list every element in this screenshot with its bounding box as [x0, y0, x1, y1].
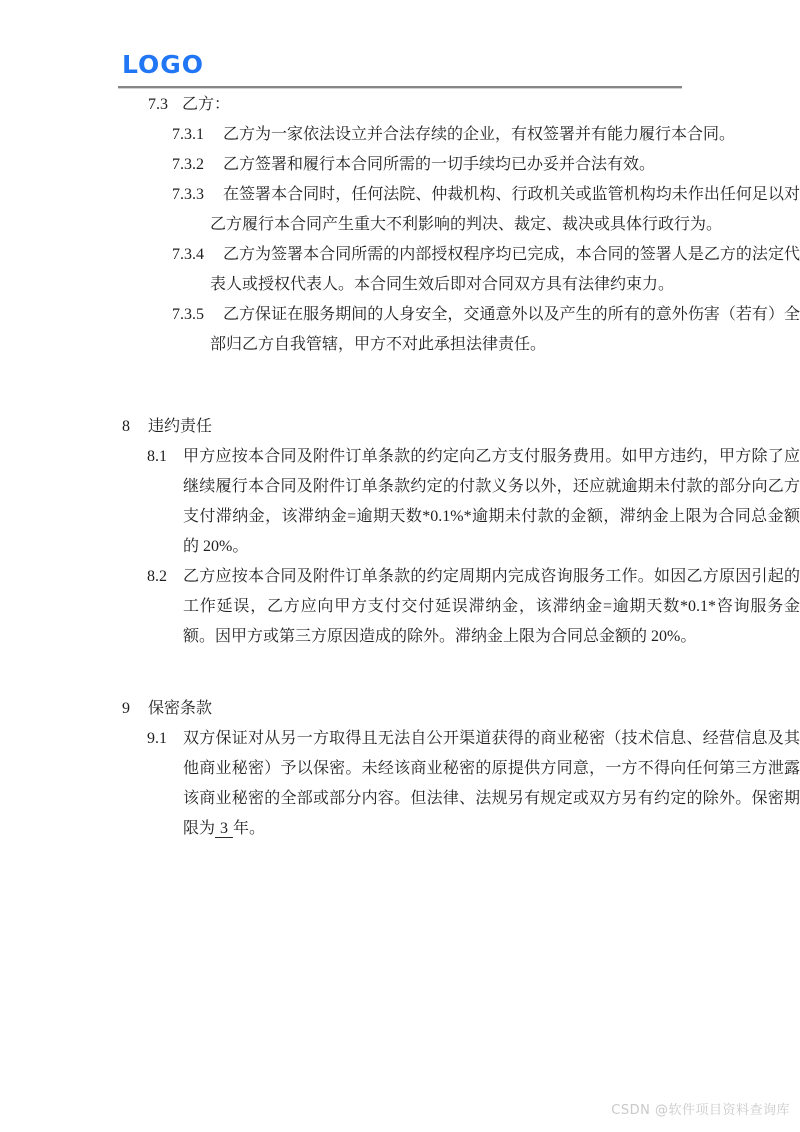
clause-item-9-1: 9.1双方保证对从另一方取得且无法自公开渠道获得的商业秘密（技术信息、经营信息及… [0, 724, 800, 844]
csdn-watermark: CSDN @软件项目资料查询库 [611, 1102, 790, 1120]
contract-body: 7.3乙方： 7.3.1乙方为一家依法设立并合法存续的企业，有权签署并有能力履行… [0, 90, 800, 844]
company-logo: LOGO [122, 52, 204, 78]
clause-number: 7.3.1 [172, 120, 204, 150]
clause-text: 乙方为签署本合同所需的内部授权程序均已完成，本合同的签署人是乙方的法定代表人或授… [210, 246, 800, 293]
clause-item-7-3-3: 7.3.3在签署本合同时，任何法院、仲裁机构、行政机关或监管机构均未作出任何足以… [0, 180, 800, 240]
clause-number: 7.3.2 [172, 150, 204, 180]
clause-7-3-heading: 7.3乙方： [0, 90, 800, 120]
clause-item-7-3-5: 7.3.5乙方保证在服务期间的人身安全，交通意外以及产生的所有的意外伤害（若有）… [0, 300, 800, 360]
clause-number: 7.3 [148, 90, 182, 120]
clause-item-7-3-2: 7.3.2乙方签署和履行本合同所需的一切手续均已办妥并合法有效。 [0, 150, 800, 180]
section-9-heading: 9保密条款 [0, 694, 800, 724]
clause-text: 在签署本合同时，任何法院、仲裁机构、行政机关或监管机构均未作出任何足以对乙方履行… [210, 186, 800, 233]
clause-item-8-1: 8.1甲方应按本合同及附件订单条款的约定向乙方支付服务费用。如甲方违约，甲方除了… [0, 442, 800, 562]
clause-number: 8.1 [147, 442, 167, 472]
section-title: 违约责任 [148, 418, 212, 435]
clause-text: 乙方为一家依法设立并合法存续的企业，有权签署并有能力履行本合同。 [223, 126, 735, 143]
clause-title: 乙方： [182, 96, 230, 113]
clause-text: 乙方签署和履行本合同所需的一切手续均已办妥并合法有效。 [223, 156, 655, 173]
clause-number: 7.3.3 [172, 180, 204, 210]
clause-item-7-3-1: 7.3.1乙方为一家依法设立并合法存续的企业，有权签署并有能力履行本合同。 [0, 120, 800, 150]
clause-item-7-3-4: 7.3.4乙方为签署本合同所需的内部授权程序均已完成，本合同的签署人是乙方的法定… [0, 240, 800, 300]
clause-number: 7.3.4 [172, 240, 204, 270]
section-number: 9 [122, 694, 148, 724]
clause-number: 7.3.5 [172, 300, 204, 330]
clause-number: 8.2 [147, 562, 167, 592]
clause-text: 年。 [233, 820, 265, 837]
section-8-heading: 8违约责任 [0, 412, 800, 442]
clause-text: 双方保证对从另一方取得且无法自公开渠道获得的商业秘密（技术信息、经营信息及其他商… [183, 730, 800, 837]
section-number: 8 [122, 412, 148, 442]
clause-number: 9.1 [147, 724, 167, 754]
header-divider [118, 86, 682, 89]
clause-text: 乙方应按本合同及附件订单条款的约定周期内完成咨询服务工作。如因乙方原因引起的工作… [183, 568, 800, 645]
clause-item-8-2: 8.2乙方应按本合同及附件订单条款的约定周期内完成咨询服务工作。如因乙方原因引起… [0, 562, 800, 652]
clause-text: 甲方应按本合同及附件订单条款的约定向乙方支付服务费用。如甲方违约，甲方除了应继续… [183, 448, 800, 555]
document-page: LOGO 7.3乙方： 7.3.1乙方为一家依法设立并合法存续的企业，有权签署并… [0, 0, 800, 1132]
clause-text: 乙方保证在服务期间的人身安全，交通意外以及产生的所有的意外伤害（若有）全部归乙方… [210, 306, 800, 353]
section-title: 保密条款 [148, 700, 212, 717]
confidentiality-term-value: 3 [215, 820, 233, 838]
